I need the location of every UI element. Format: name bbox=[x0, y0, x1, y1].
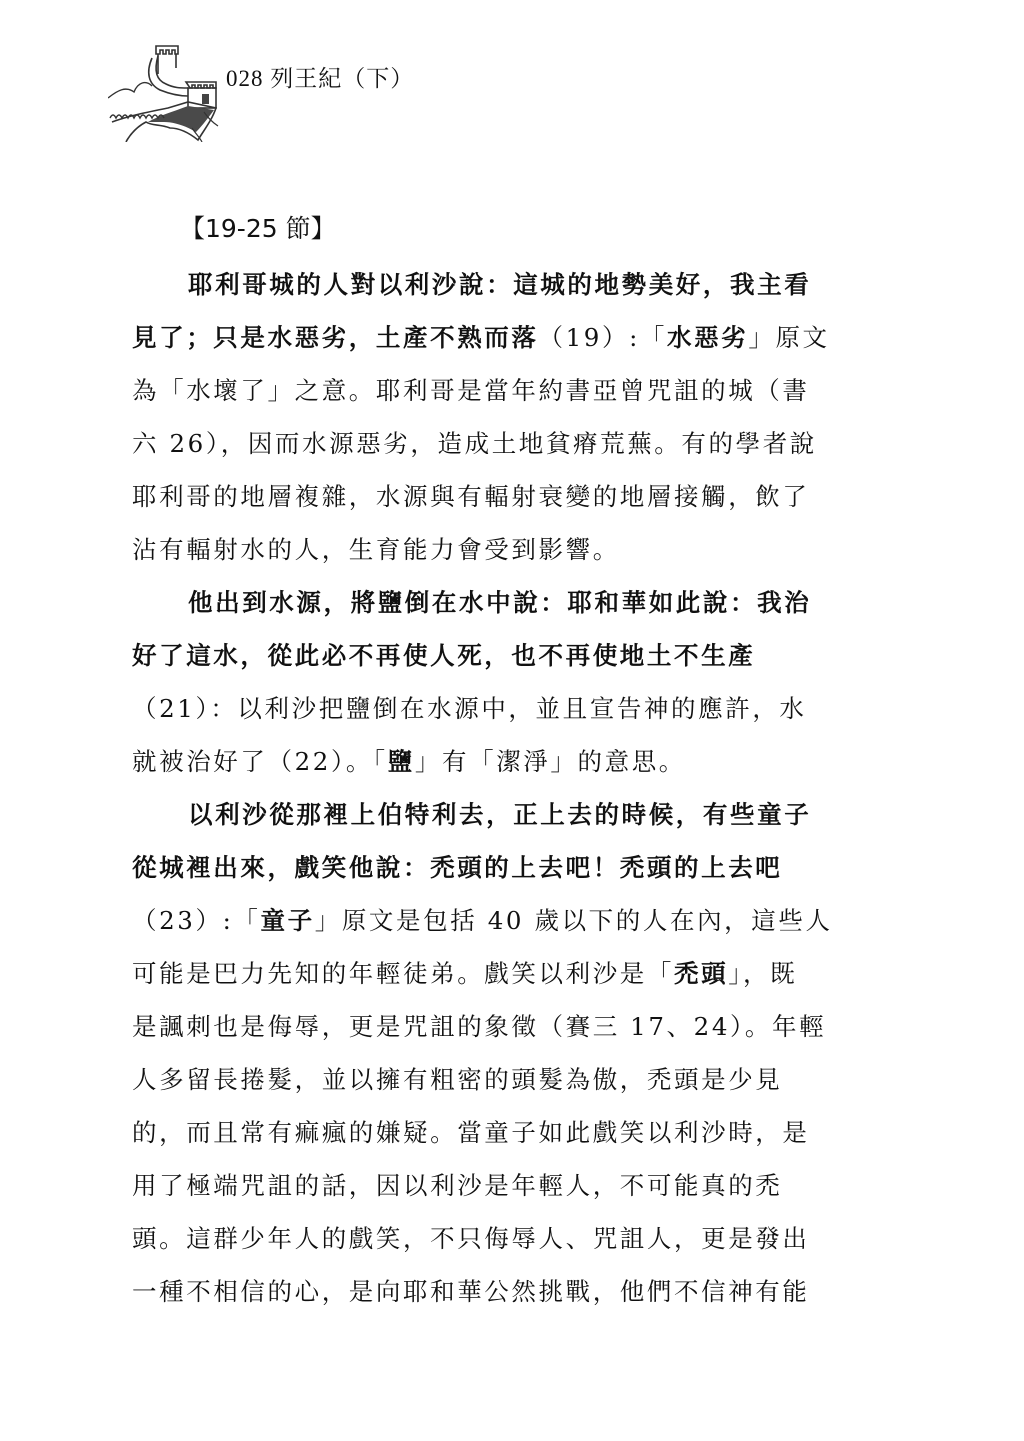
commentary-text: 」，既 bbox=[728, 959, 797, 988]
scripture-quote: 童子 bbox=[261, 906, 315, 935]
page-header: 028 列王紀（下） bbox=[108, 40, 508, 150]
commentary-text: 耶利哥的地層複雜，水源與有輻射衰變的地層接觸，飲了 bbox=[132, 482, 810, 511]
commentary-text: 沾有輻射水的人，生育能力會受到影響。 bbox=[132, 535, 620, 564]
scripture-quote: 鹽 bbox=[388, 747, 415, 776]
commentary-text: 就被治好了（22）。「 bbox=[132, 747, 388, 776]
section-heading: 【19-25 節】 bbox=[132, 205, 852, 258]
commentary-text: （19）:「 bbox=[539, 323, 668, 352]
commentary-text: 一種不相信的心，是向耶和華公然挑戰，他們不信神有能 bbox=[132, 1277, 810, 1306]
text-line: （23）:「童子」原文是包括 40 歲以下的人在內，這些人 bbox=[132, 894, 852, 947]
commentary-text: 頭。這群少年人的戲笑，不只侮辱人、咒詛人，更是發出 bbox=[132, 1224, 810, 1253]
commentary-text: 六 26），因而水源惡劣，造成土地貧瘠荒蕪。有的學者說 bbox=[132, 429, 817, 458]
document-body: 【19-25 節】 耶利哥城的人對以利沙說：這城的地勢美好，我主看見了；只是水惡… bbox=[132, 205, 852, 1318]
text-line: 的，而且常有痲瘋的嫌疑。當童子如此戲笑以利沙時，是 bbox=[132, 1106, 852, 1159]
commentary-text: 」有「潔淨」的意思。 bbox=[415, 747, 686, 776]
scripture-quote: 水惡劣 bbox=[667, 323, 748, 352]
paragraph-lines: 耶利哥城的人對以利沙說：這城的地勢美好，我主看見了；只是水惡劣，土產不熟而落（1… bbox=[132, 258, 852, 1318]
scripture-quote: 他出到水源，將鹽倒在水中說：耶和華如此說：我治 bbox=[188, 588, 811, 617]
text-line: 沾有輻射水的人，生育能力會受到影響。 bbox=[132, 523, 852, 576]
chapter-title: 028 列王紀（下） bbox=[226, 60, 414, 93]
text-line: 是諷刺也是侮辱，更是咒詛的象徵（賽三 17、24）。年輕 bbox=[132, 1000, 852, 1053]
commentary-text: （21）：以利沙把鹽倒在水源中，並且宣告神的應許，水 bbox=[132, 694, 807, 723]
text-line: 耶利哥的地層複雜，水源與有輻射衰變的地層接觸，飲了 bbox=[132, 470, 852, 523]
commentary-text: 為「水壞了」之意。耶利哥是當年約書亞曾咒詛的城（書 bbox=[132, 376, 810, 405]
text-line: 從城裡出來，戲笑他說：禿頭的上去吧！禿頭的上去吧 bbox=[132, 841, 852, 894]
commentary-text: 的，而且常有痲瘋的嫌疑。當童子如此戲笑以利沙時，是 bbox=[132, 1118, 810, 1147]
commentary-text: 用了極端咒詛的話，因以利沙是年輕人，不可能真的禿 bbox=[132, 1171, 782, 1200]
scripture-quote: 耶利哥城的人對以利沙說：這城的地勢美好，我主看 bbox=[188, 270, 811, 299]
scripture-quote: 見了；只是水惡劣，土產不熟而落 bbox=[132, 323, 539, 352]
text-line: 人多留長捲髮，並以擁有粗密的頭髮為傲，禿頭是少見 bbox=[132, 1053, 852, 1106]
commentary-text: 人多留長捲髮，並以擁有粗密的頭髮為傲，禿頭是少見 bbox=[132, 1065, 782, 1094]
commentary-text: 可能是巴力先知的年輕徒弟。戲笑以利沙是「 bbox=[132, 959, 674, 988]
commentary-text: 」原文 bbox=[748, 323, 829, 352]
text-line: 他出到水源，將鹽倒在水中說：耶和華如此說：我治 bbox=[132, 576, 852, 629]
text-line: 耶利哥城的人對以利沙說：這城的地勢美好，我主看 bbox=[132, 258, 852, 311]
scripture-quote: 從城裡出來，戲笑他說：禿頭的上去吧！禿頭的上去吧 bbox=[132, 853, 782, 882]
text-line: 見了；只是水惡劣，土產不熟而落（19）:「水惡劣」原文 bbox=[132, 311, 852, 364]
text-line: 就被治好了（22）。「鹽」有「潔淨」的意思。 bbox=[132, 735, 852, 788]
text-line: 頭。這群少年人的戲笑，不只侮辱人、咒詛人，更是發出 bbox=[132, 1212, 852, 1265]
text-line: （21）：以利沙把鹽倒在水源中，並且宣告神的應許，水 bbox=[132, 682, 852, 735]
scripture-quote: 好了這水，從此必不再使人死，也不再使地土不生產 bbox=[132, 641, 755, 670]
commentary-text: 」原文是包括 40 歲以下的人在內，這些人 bbox=[315, 906, 833, 935]
scripture-quote: 以利沙從那裡上伯特利去，正上去的時候，有些童子 bbox=[188, 800, 811, 829]
text-line: 為「水壞了」之意。耶利哥是當年約書亞曾咒詛的城（書 bbox=[132, 364, 852, 417]
text-line: 可能是巴力先知的年輕徒弟。戲笑以利沙是「禿頭」，既 bbox=[132, 947, 852, 1000]
text-line: 好了這水，從此必不再使人死，也不再使地土不生產 bbox=[132, 629, 852, 682]
commentary-text: 是諷刺也是侮辱，更是咒詛的象徵（賽三 17、24）。年輕 bbox=[132, 1012, 826, 1041]
text-line: 以利沙從那裡上伯特利去，正上去的時候，有些童子 bbox=[132, 788, 852, 841]
scripture-quote: 禿頭 bbox=[674, 959, 728, 988]
text-line: 用了極端咒詛的話，因以利沙是年輕人，不可能真的禿 bbox=[132, 1159, 852, 1212]
text-line: 一種不相信的心，是向耶和華公然挑戰，他們不信神有能 bbox=[132, 1265, 852, 1318]
text-line: 六 26），因而水源惡劣，造成土地貧瘠荒蕪。有的學者說 bbox=[132, 417, 852, 470]
great-wall-icon bbox=[108, 42, 223, 142]
commentary-text: （23）:「 bbox=[132, 906, 261, 935]
